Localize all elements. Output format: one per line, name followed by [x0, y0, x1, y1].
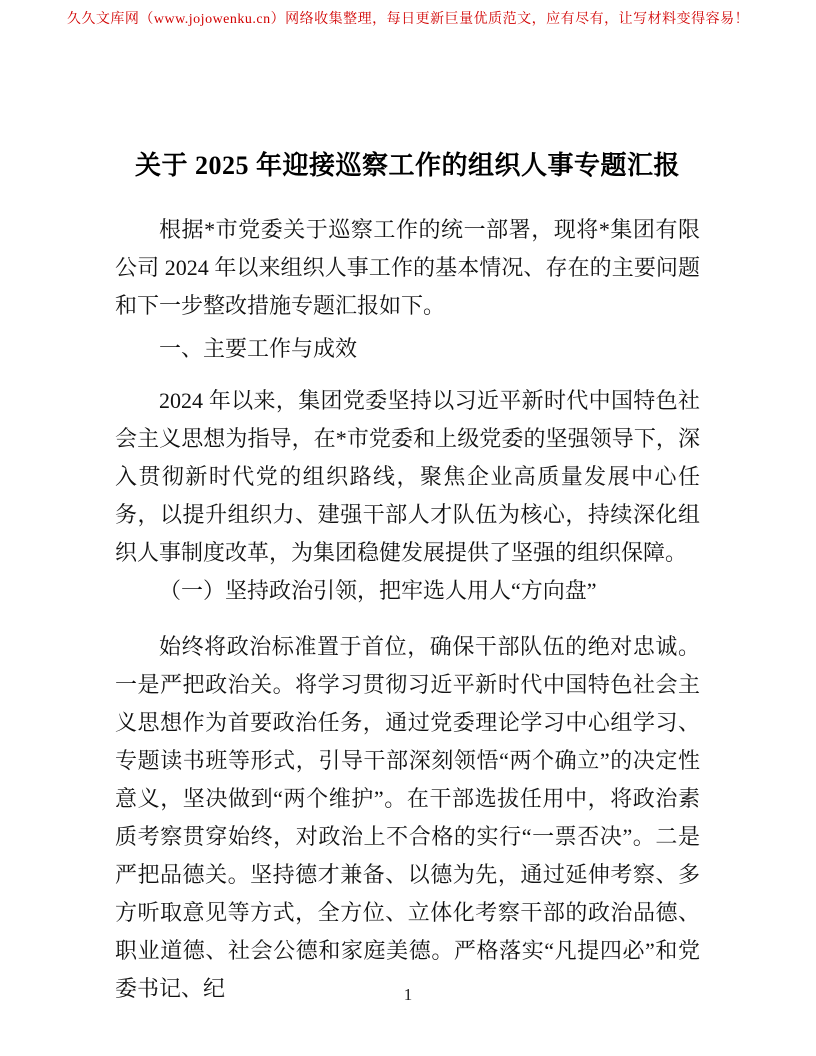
paragraph-overview: 2024 年以来，集团党委坚持以习近平新时代中国特色社会主义思想为指导，在*市党…	[115, 382, 700, 572]
paragraph-intro: 根据*市党委关于巡察工作的统一部署，现将*集团有限公司 2024 年以来组织人事…	[115, 211, 700, 325]
paragraph-detail: 始终将政治标准置于首位，确保干部队伍的绝对忠诚。一是严把政治关。将学习贯彻习近平…	[115, 628, 700, 1008]
document-title: 关于 2025 年迎接巡察工作的组织人事专题汇报	[115, 148, 700, 184]
page-number: 1	[0, 985, 816, 1005]
document-page: 久久文库网（www.jojowenku.cn）网络收集整理，每日更新巨量优质范文…	[0, 0, 816, 1056]
subsection-heading-political-leadership: （一）坚持政治引领，把牢选人用人“方向盘”	[115, 572, 700, 610]
section-heading-main-work: 一、主要工作与成效	[115, 330, 700, 368]
document-body: 关于 2025 年迎接巡察工作的组织人事专题汇报 根据*市党委关于巡察工作的统一…	[115, 0, 700, 1008]
